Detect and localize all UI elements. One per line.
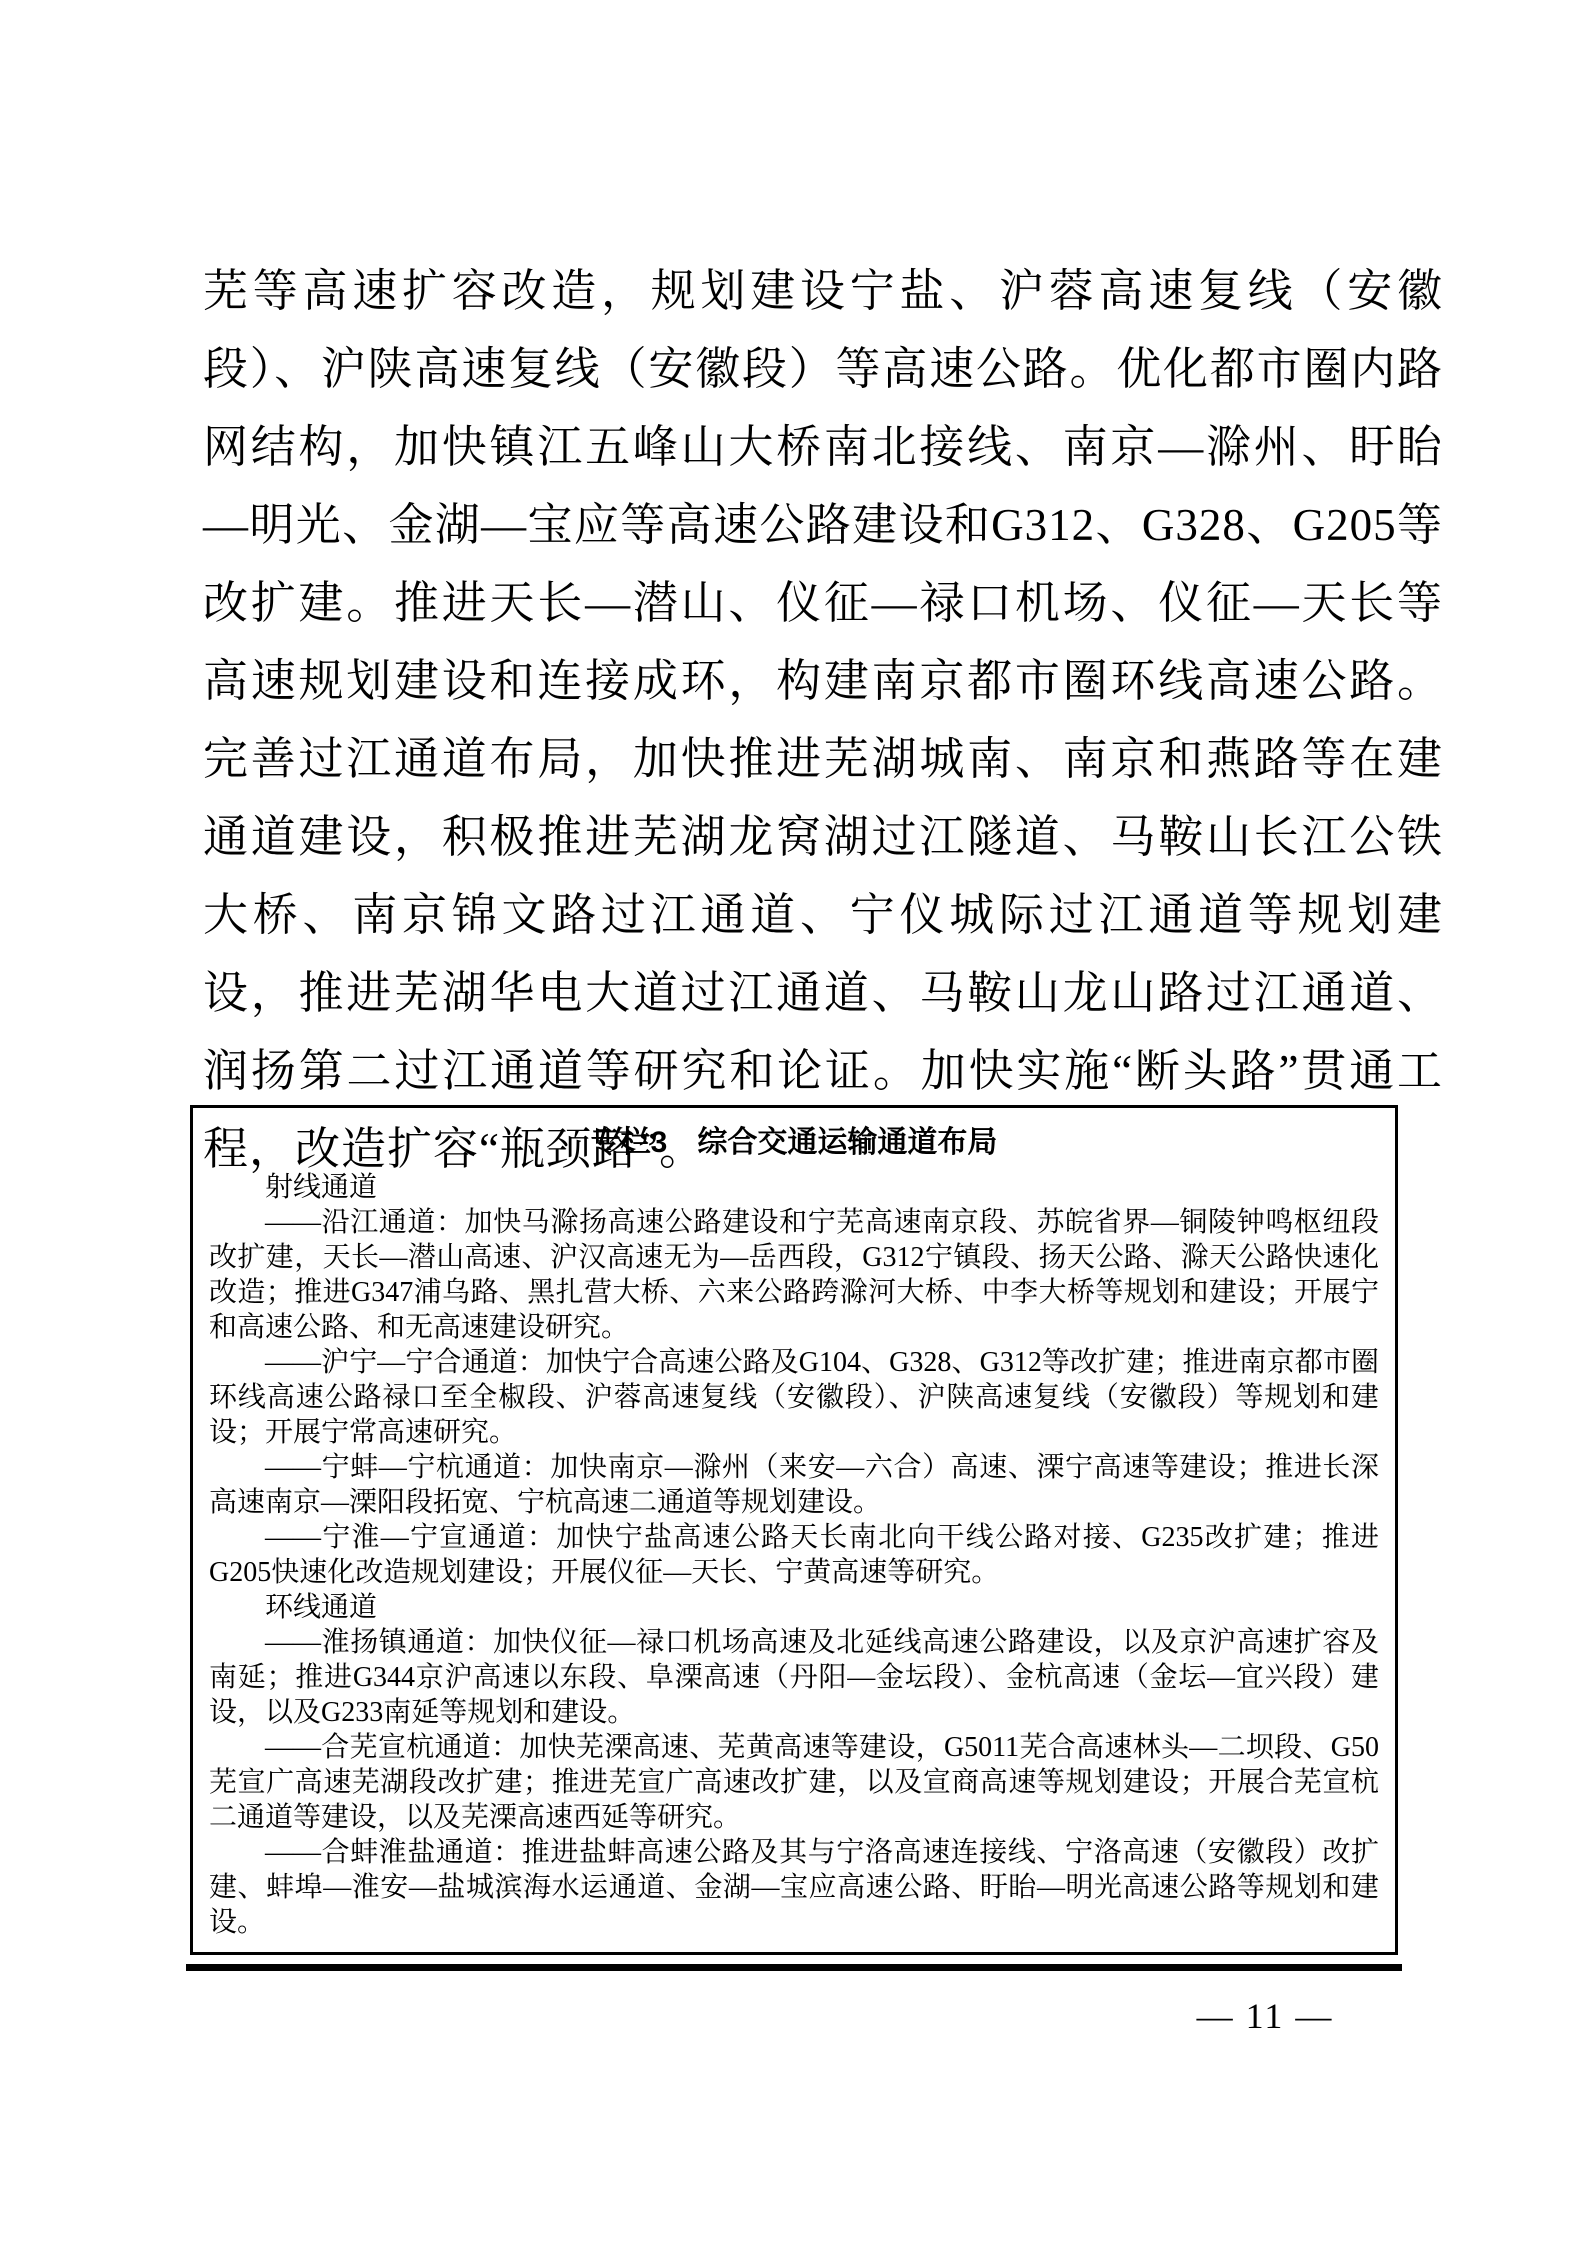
panel-paragraph: ——宁蚌—宁杭通道：加快南京—滁州（来安—六合）高速、溧宁高速等建设；推进长深高… (209, 1450, 1379, 1520)
panel-paragraph: ——沿江通道：加快马滁扬高速公路建设和宁芜高速南京段、苏皖省界—铜陵钟鸣枢纽段改… (209, 1205, 1379, 1345)
panel-paragraph: ——沪宁—宁合通道：加快宁合高速公路及G104、G328、G312等改扩建；推进… (209, 1345, 1379, 1450)
page-number: — 11 — (1145, 1994, 1385, 2038)
body-paragraph: 芜等高速扩容改造，规划建设宁盐、沪蓉高速复线（安徽段）、沪陕高速复线（安徽段）等… (203, 252, 1443, 1188)
panel-paragraph: ——合芜宣杭通道：加快芜溧高速、芜黄高速等建设，G5011芜合高速林头—二坝段、… (209, 1730, 1379, 1835)
panel-paragraph: ——宁淮—宁宣通道：加快宁盐高速公路天长南北向干线公路对接、G235改扩建；推进… (209, 1520, 1379, 1590)
panel-bottom-thick-rule (186, 1964, 1402, 1971)
section-heading-radial-corridors: 射线通道 (209, 1170, 1379, 1205)
panel-paragraph: ——淮扬镇通道：加快仪征—禄口机场高速及北延线高速公路建设，以及京沪高速扩容及南… (209, 1625, 1379, 1730)
section-heading-ring-corridors: 环线通道 (209, 1590, 1379, 1625)
panel-paragraph: ——合蚌淮盐通道：推进盐蚌高速公路及其与宁洛高速连接线、宁洛高速（安徽段）改扩建… (209, 1835, 1379, 1940)
panel-title: 专栏3 综合交通运输通道布局 (209, 1122, 1379, 1164)
panel-body: 射线通道 ——沿江通道：加快马滁扬高速公路建设和宁芜高速南京段、苏皖省界—铜陵钟… (209, 1170, 1379, 1940)
document-page: 芜等高速扩容改造，规划建设宁盐、沪蓉高速复线（安徽段）、沪陕高速复线（安徽段）等… (0, 0, 1587, 2245)
panel-box: 专栏3 综合交通运输通道布局 射线通道 ——沿江通道：加快马滁扬高速公路建设和宁… (190, 1105, 1398, 1955)
